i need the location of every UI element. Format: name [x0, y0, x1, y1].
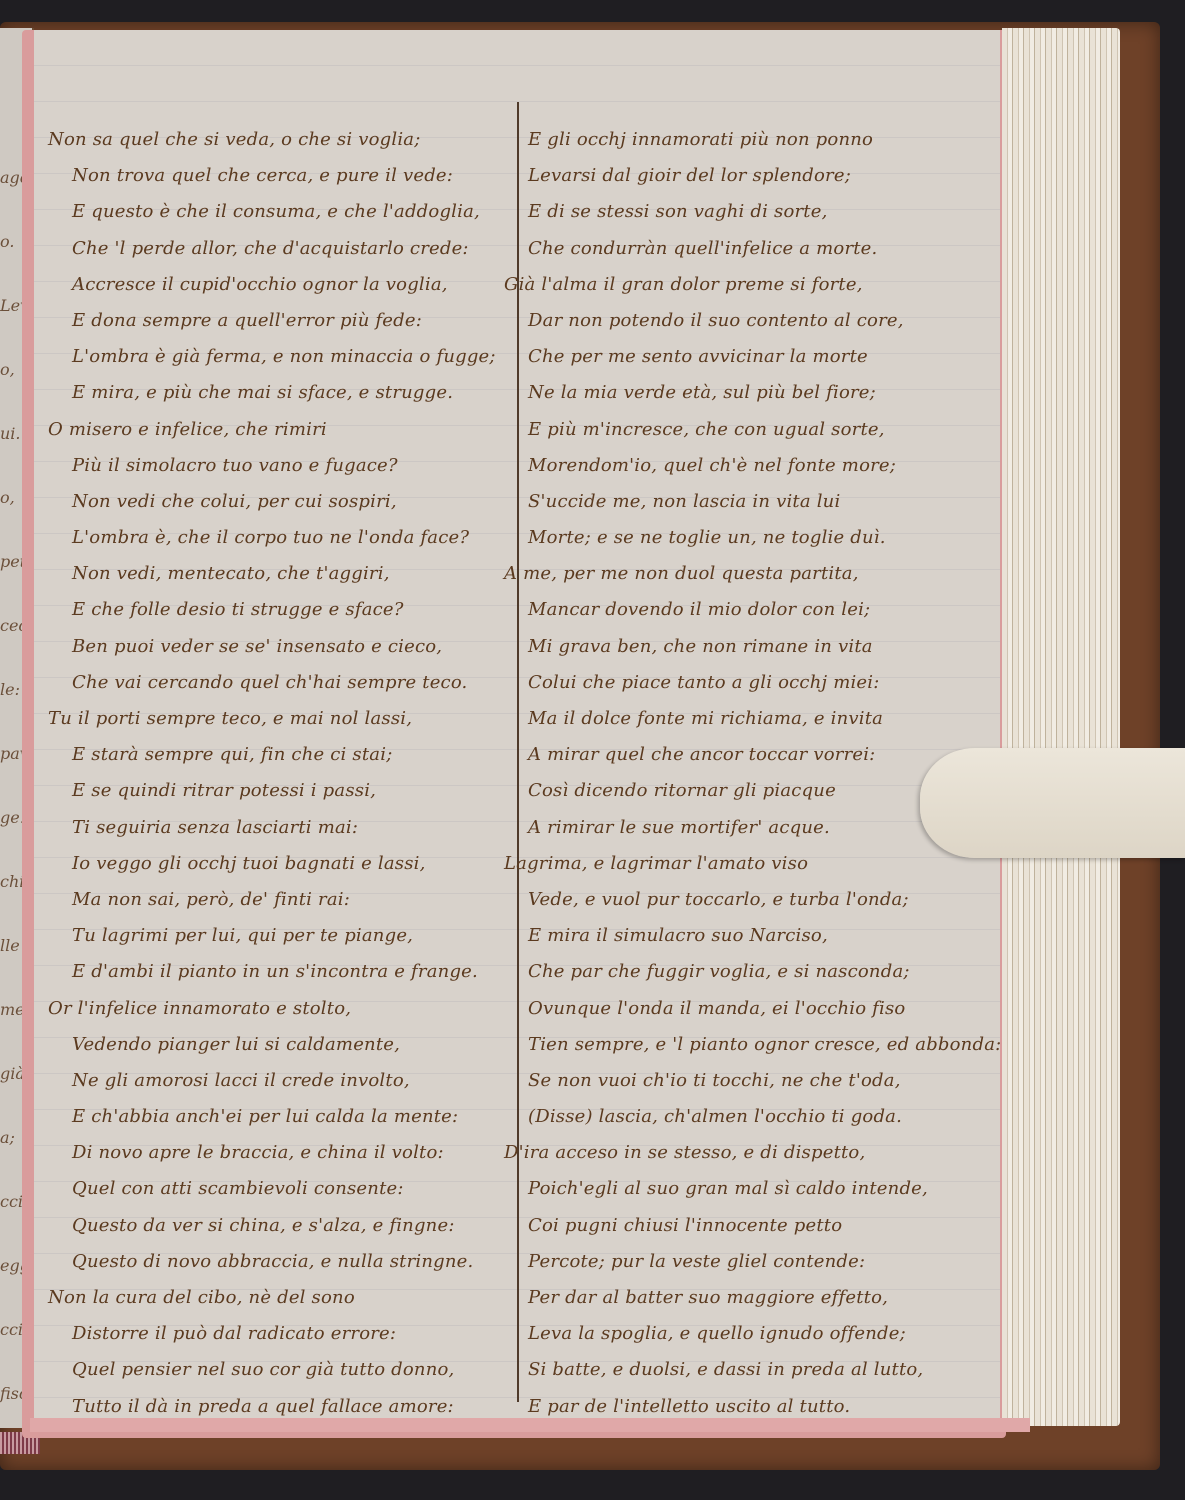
verse-line: Colui che piace tanto a gli occhj miei:	[504, 665, 974, 701]
verse-line: Per dar al batter suo maggiore effetto,	[504, 1280, 974, 1316]
verse-line: Che per me sento avvicinar la morte	[504, 339, 974, 375]
verse-line: L'ombra è già ferma, e non minaccia o fu…	[48, 339, 498, 375]
verse-line: Tu il porti sempre teco, e mai nol lassi…	[48, 701, 498, 737]
facing-page-text-fragment: o.	[0, 232, 14, 251]
facing-page-text-fragment: ui.	[0, 424, 21, 443]
verse-line: Tu lagrimi per lui, qui per te piange,	[48, 918, 498, 954]
verse-line: Non trova quel che cerca, e pure il vede…	[48, 158, 498, 194]
verse-line: E di se stessi son vaghi di sorte,	[504, 194, 974, 230]
verse-line: E se quindi ritrar potessi i passi,	[48, 773, 498, 809]
verse-line: Che vai cercando quel ch'hai sempre teco…	[48, 665, 498, 701]
verse-line: E d'ambi il pianto in un s'incontra e fr…	[48, 954, 498, 990]
verse-line: Quel con atti scambievoli consente:	[48, 1171, 498, 1207]
facing-page-text-fragment: le:	[0, 680, 20, 699]
verse-line: Vedendo pianger lui si caldamente,	[48, 1027, 498, 1063]
right-column: E gli occhj innamorati più non ponnoLeva…	[504, 122, 974, 1425]
verse-line: E dona sempre a quell'error più fede:	[48, 303, 498, 339]
verse-line: E mira il simulacro suo Narciso,	[504, 918, 974, 954]
verse-line: Questo di novo abbraccia, e nulla string…	[48, 1244, 498, 1280]
facing-page-text-fragment: lle	[0, 936, 20, 955]
verse-line: Questo da ver si china, e s'alza, e fing…	[48, 1208, 498, 1244]
verse-line: Non vedi, mentecato, che t'aggiri,	[48, 556, 498, 592]
verse-line: Se non vuoi ch'io ti tocchi, ne che t'od…	[504, 1063, 974, 1099]
verse-line: Distorre il può dal radicato errore:	[48, 1316, 498, 1352]
facing-page-text-fragment: o,	[0, 360, 15, 379]
verse-line: Che 'l perde allor, che d'acquistarlo cr…	[48, 231, 498, 267]
manuscript-page: Non sa quel che si veda, o che si voglia…	[34, 30, 1000, 1418]
verse-line: Ne gli amorosi lacci il crede involto,	[48, 1063, 498, 1099]
verse-line: Non vedi che colui, per cui sospiri,	[48, 484, 498, 520]
verse-line: Così dicendo ritornar gli piacque	[504, 773, 974, 809]
verse-line: Levarsi dal gioir del lor splendore;	[504, 158, 974, 194]
verse-line: Or l'infelice innamorato e stolto,	[48, 991, 498, 1027]
verse-line: Tien sempre, e 'l pianto ognor cresce, e…	[504, 1027, 974, 1063]
verse-line: Già l'alma il gran dolor preme si forte,	[504, 267, 974, 303]
verse-line: Ma non sai, però, de' finti rai:	[48, 882, 498, 918]
verse-line: Morendom'io, quel ch'è nel fonte more;	[504, 448, 974, 484]
verse-line: Di novo apre le braccia, e china il volt…	[48, 1135, 498, 1171]
verse-line: (Disse) lascia, ch'almen l'occhio ti god…	[504, 1099, 974, 1135]
verse-line: Lagrima, e lagrimar l'amato viso	[504, 846, 974, 882]
verse-line: E mira, e più che mai si sface, e strugg…	[48, 375, 498, 411]
verse-line: Dar non potendo il suo contento al core,	[504, 303, 974, 339]
verse-line: A rimirar le sue mortifer' acque.	[504, 810, 974, 846]
verse-line: E questo è che il consuma, e che l'addog…	[48, 194, 498, 230]
verse-line: S'uccide me, non lascia in vita lui	[504, 484, 974, 520]
verse-line: Io veggo gli occhj tuoi bagnati e lassi,	[48, 846, 498, 882]
verse-line: Ti seguiria senza lasciarti mai:	[48, 810, 498, 846]
verse-line: A me, per me non duol questa partita,	[504, 556, 974, 592]
verse-line: Che condurràn quell'infelice a morte.	[504, 231, 974, 267]
verse-line: Mancar dovendo il mio dolor con lei;	[504, 592, 974, 628]
verse-line: E par de l'intelletto uscito al tutto.	[504, 1389, 974, 1425]
verse-line: E starà sempre qui, fin che ci stai;	[48, 737, 498, 773]
verse-line: Ovunque l'onda il manda, ei l'occhio fis…	[504, 991, 974, 1027]
verse-line: A mirar quel che ancor toccar vorrei:	[504, 737, 974, 773]
verse-line: Quel pensier nel suo cor già tutto donno…	[48, 1352, 498, 1388]
verse-line: E più m'incresce, che con ugual sorte,	[504, 412, 974, 448]
verse-line: Poich'egli al suo gran mal sì caldo inte…	[504, 1171, 974, 1207]
verse-line: Non la cura del cibo, nè del sono	[48, 1280, 498, 1316]
verse-line: Mi grava ben, che non rimane in vita	[504, 629, 974, 665]
verse-line: Coi pugni chiusi l'innocente petto	[504, 1208, 974, 1244]
facing-page-text-fragment: a;	[0, 1128, 15, 1147]
verse-line: L'ombra è, che il corpo tuo ne l'onda fa…	[48, 520, 498, 556]
ivory-bookmark[interactable]	[920, 748, 1185, 858]
verse-line: Ne la mia verde età, sul più bel fiore;	[504, 375, 974, 411]
left-column: Non sa quel che si veda, o che si voglia…	[48, 122, 498, 1425]
verse-line: D'ira acceso in se stesso, e di dispetto…	[504, 1135, 974, 1171]
verse-line: E gli occhj innamorati più non ponno	[504, 122, 974, 158]
verse-line: Leva la spoglia, e quello ignudo offende…	[504, 1316, 974, 1352]
verse-line: Vede, e vuol pur toccarlo, e turba l'ond…	[504, 882, 974, 918]
verse-line: Che par che fuggir voglia, e si nasconda…	[504, 954, 974, 990]
verse-line: Ma il dolce fonte mi richiama, e invita	[504, 701, 974, 737]
verse-line: O misero e infelice, che rimiri	[48, 412, 498, 448]
verse-line: Più il simolacro tuo vano e fugace?	[48, 448, 498, 484]
verse-line: Morte; e se ne toglie un, ne toglie duì.	[504, 520, 974, 556]
fore-edge-pages	[1002, 28, 1120, 1426]
verse-line: E che folle desio ti strugge e sface?	[48, 592, 498, 628]
verse-line: Percote; pur la veste gliel contende:	[504, 1244, 974, 1280]
verse-line: E ch'abbia anch'ei per lui calda la ment…	[48, 1099, 498, 1135]
verse-line: Ben puoi veder se se' insensato e cieco,	[48, 629, 498, 665]
verse-line: Non sa quel che si veda, o che si voglia…	[48, 122, 498, 158]
verse-line: Accresce il cupid'occhio ognor la voglia…	[48, 267, 498, 303]
verse-line: Si batte, e duolsi, e dassi in preda al …	[504, 1352, 974, 1388]
verse-line: Tutto il dà in preda a quel fallace amor…	[48, 1389, 498, 1425]
facing-page-text-fragment: o,	[0, 488, 15, 507]
